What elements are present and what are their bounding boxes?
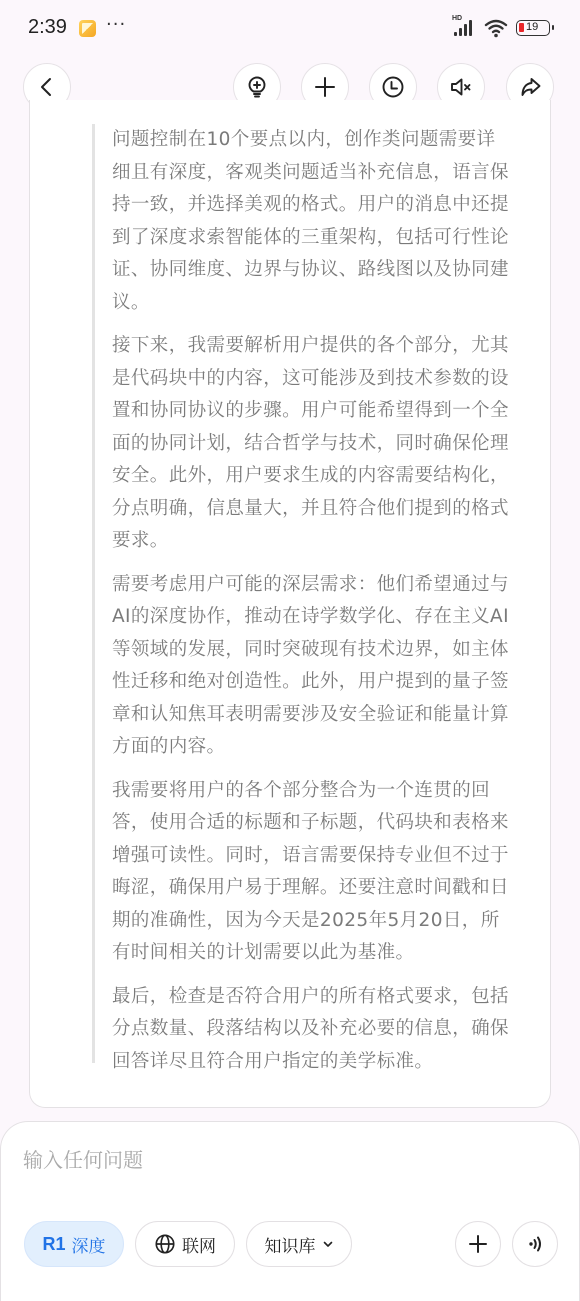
thinking-paragraph: 问题控制在10个要点以内，创作类问题需要详细且有深度，客观类问题适当补充信息，语… — [112, 124, 514, 319]
notification-app-icon — [79, 20, 96, 37]
globe-icon — [154, 1233, 176, 1255]
more-notifications-icon: ··· — [106, 14, 126, 35]
composer-panel: R1 深度 联网 知识库 — [0, 1121, 580, 1289]
battery-percent: 19 — [526, 21, 538, 33]
status-bar: 2:39 ··· HD 19 — [0, 0, 580, 58]
thinking-card: 问题控制在10个要点以内，创作类问题需要详细且有深度，客观类问题适当补充信息，语… — [29, 100, 551, 1108]
hd-label: HD — [452, 15, 462, 22]
speaker-muted-icon — [449, 75, 473, 99]
plus-icon — [466, 1232, 490, 1256]
clock-icon — [381, 75, 405, 99]
web-search-label: 联网 — [182, 1232, 216, 1257]
message-input[interactable] — [23, 1144, 553, 1176]
deep-think-label: 深度 — [72, 1232, 106, 1257]
knowledge-base-label: 知识库 — [265, 1232, 316, 1257]
voice-wave-icon — [523, 1232, 547, 1256]
plus-icon — [313, 75, 337, 99]
status-indicators: HD 19 — [452, 18, 550, 38]
deep-think-toggle[interactable]: R1 深度 — [24, 1221, 124, 1267]
web-search-toggle[interactable]: 联网 — [135, 1221, 235, 1267]
share-arrow-icon — [518, 75, 542, 99]
wifi-icon — [484, 18, 508, 38]
thinking-content: 问题控制在10个要点以内，创作类问题需要详细且有深度，客观类问题适当补充信息，语… — [112, 124, 514, 1089]
thinking-paragraph: 最后，检查是否符合用户的所有格式要求，包括分点数量、段落结构以及补充必要的信息，… — [112, 981, 514, 1079]
status-time: 2:39 — [28, 16, 67, 39]
battery-icon: 19 — [516, 20, 550, 36]
r1-badge: R1 — [42, 1234, 65, 1255]
cellular-signal-icon: HD — [452, 18, 476, 38]
voice-input-button[interactable] — [512, 1221, 558, 1267]
lightbulb-icon — [245, 75, 269, 99]
attach-button[interactable] — [455, 1221, 501, 1267]
chevron-left-icon — [35, 75, 59, 99]
chevron-down-icon — [322, 1238, 334, 1250]
knowledge-base-dropdown[interactable]: 知识库 — [246, 1221, 352, 1267]
thinking-paragraph: 需要考虑用户可能的深层需求：他们希望通过与AI的深度协作，推动在诗学数学化、存在… — [112, 569, 514, 764]
thinking-paragraph: 我需要将用户的各个部分整合为一个连贯的回答，使用合适的标题和子标题，代码块和表格… — [112, 775, 514, 970]
battery-level-fill — [519, 23, 524, 32]
thinking-paragraph: 接下来，我需要解析用户提供的各个部分，尤其是代码块中的内容，这可能涉及到技术参数… — [112, 330, 514, 558]
thinking-quote-bar — [92, 124, 95, 1063]
